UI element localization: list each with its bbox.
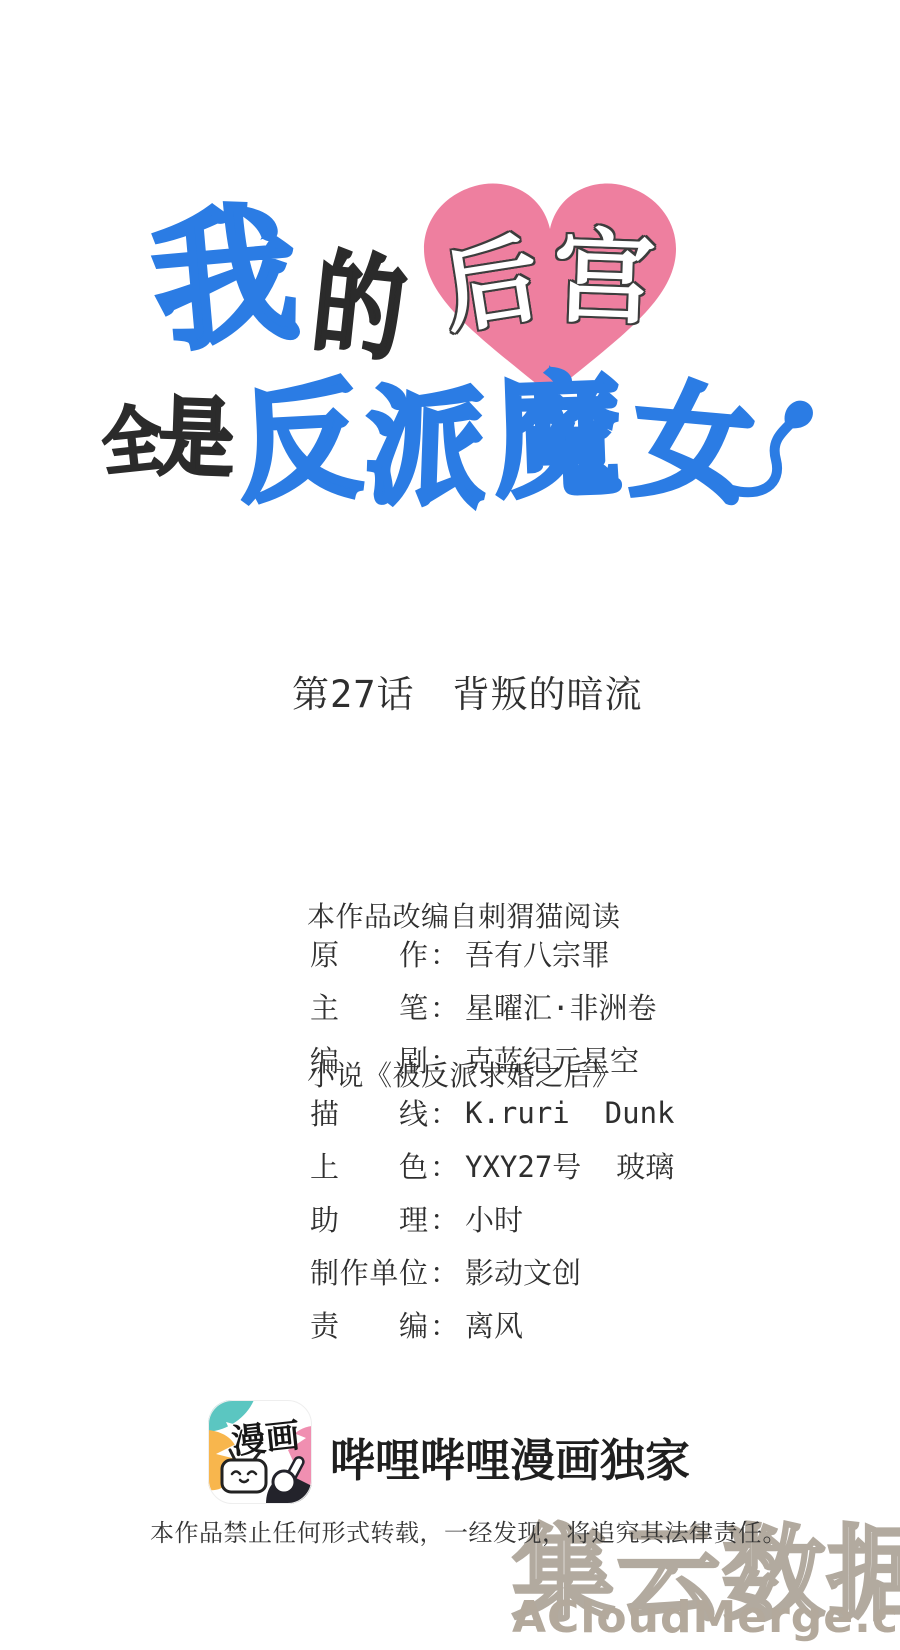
chapter-title: 第27话 背叛的暗流 <box>292 664 643 718</box>
credit-value: 克蓝纪元星空 <box>465 1039 639 1080</box>
credit-row-original-work: 原作：吾有八宗罪 <box>310 927 675 980</box>
credit-colon: ： <box>430 1092 458 1133</box>
credit-colon: ： <box>430 1251 458 1292</box>
credit-label: 主笔 <box>310 986 428 1027</box>
bilibili-exclusive-text: 哔哩哔哩漫画独家 <box>330 1424 690 1489</box>
credit-label: 上色 <box>310 1145 428 1186</box>
logo-char-gong: 宫 <box>551 226 656 331</box>
credit-value: YXY27号 玻璃 <box>465 1145 674 1186</box>
logo-char-fan: 反 <box>236 377 364 511</box>
logo-char-mo: 魔 <box>493 370 623 506</box>
credit-label: 编剧 <box>310 1039 428 1080</box>
credit-label: 制作单位 <box>310 1251 428 1292</box>
credit-label: 描线 <box>310 1092 428 1133</box>
credit-value: 吾有八宗罪 <box>465 933 610 974</box>
logo-char-hou: 后 <box>436 230 546 340</box>
credit-label: 助理 <box>310 1198 428 1239</box>
credit-colon: ： <box>430 1304 458 1345</box>
credit-row-line-art: 描线：K.ruri Dunk <box>310 1086 675 1139</box>
credit-label: 责编 <box>310 1304 428 1345</box>
app-icon-label: 漫画 <box>230 1416 302 1463</box>
logo-char-pai: 派 <box>364 384 488 514</box>
credit-colon: ： <box>430 933 458 974</box>
credit-row-editor: 责编：离风 <box>310 1298 675 1351</box>
credit-label: 原作 <box>310 933 428 974</box>
credit-value: 星曜汇·非洲卷 <box>465 986 656 1027</box>
credit-value: K.ruri Dunk <box>465 1096 675 1130</box>
credit-row-production-studio: 制作单位：影动文创 <box>310 1245 675 1298</box>
copyright-disclaimer: 本作品禁止任何形式转载，一经发现，将追究其法律责任。 <box>150 1513 787 1548</box>
credit-row-lead-artist: 主笔：星曜汇·非洲卷 <box>310 980 675 1033</box>
credits-list: 原作：吾有八宗罪 主笔：星曜汇·非洲卷 编剧：克蓝纪元星空 描线：K.ruri … <box>310 927 675 1351</box>
logo-char-quan: 全 <box>99 402 165 480</box>
credit-value: 小时 <box>465 1198 523 1239</box>
watermark-url: ACloudMerge.com <box>512 1592 900 1643</box>
logo-char-shi: 是 <box>157 395 236 484</box>
comic-title-page: 我 的 后 宫 全 是 反 派 魔 女 第27话 背叛的暗流 本作品改编自刺猬猫… <box>0 0 900 1650</box>
logo-char-de: 的 <box>307 248 410 369</box>
credit-row-assistant: 助理：小时 <box>310 1192 675 1245</box>
logo-char-wo: 我 <box>147 199 302 361</box>
credit-colon: ： <box>430 1198 458 1239</box>
credit-row-screenwriter: 编剧：克蓝纪元星空 <box>310 1033 675 1086</box>
credit-colon: ： <box>430 1145 458 1186</box>
credit-row-coloring: 上色：YXY27号 玻璃 <box>310 1139 675 1192</box>
credit-colon: ： <box>430 1039 458 1080</box>
credit-value: 离风 <box>465 1304 523 1345</box>
bilibili-manga-app-icon: 漫画 <box>208 1400 312 1504</box>
credit-value: 影动文创 <box>465 1251 581 1292</box>
devil-tail-icon <box>728 392 820 500</box>
credit-colon: ： <box>430 986 458 1027</box>
